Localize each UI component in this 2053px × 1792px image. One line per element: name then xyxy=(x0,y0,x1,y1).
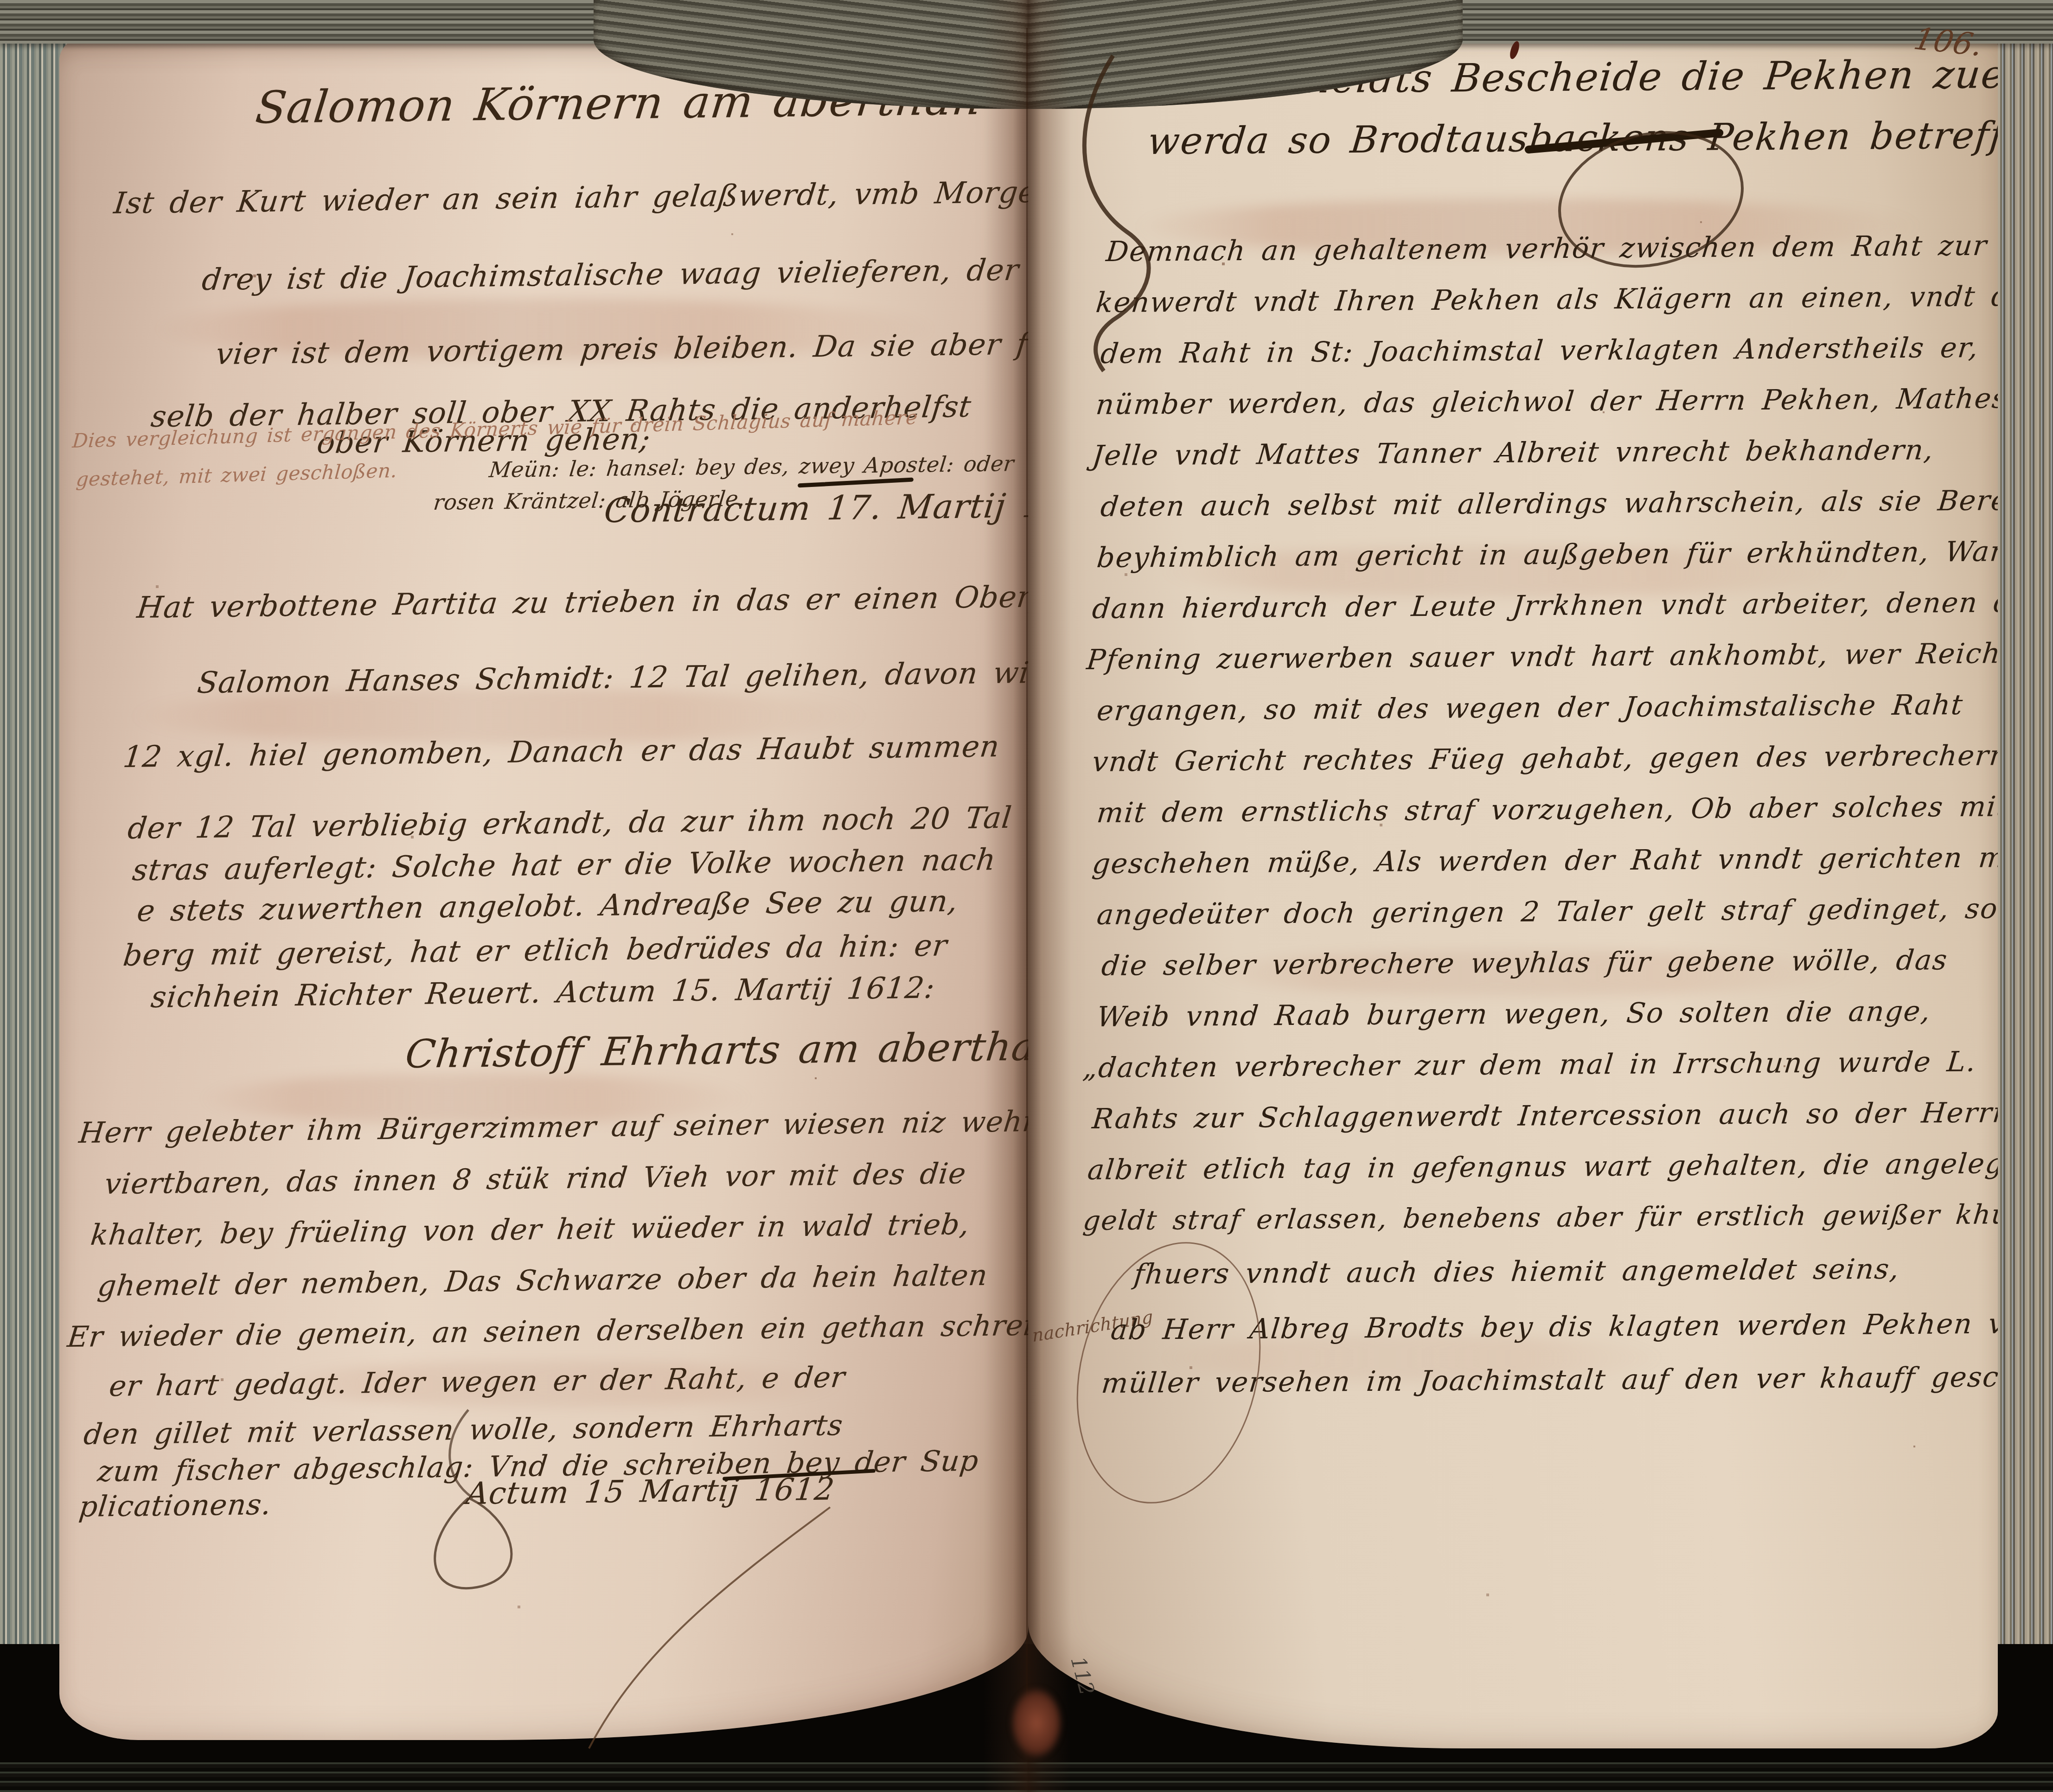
manuscript-line: Demnach an gehaltenem verhör zwischen de… xyxy=(1105,229,1998,268)
manuscript-line: e stets zuwerthen angelobt. Andreaße See… xyxy=(135,884,960,928)
manuscript-line: Hat verbottene Partita zu trieben in das… xyxy=(135,577,1028,625)
margin-note-line: gestehet, mit zwei geschloßen. xyxy=(75,459,398,491)
manuscript-line: den gillet mit verlassen wolle, sondern … xyxy=(82,1408,845,1451)
manuscript-line: geschehen müße, Als werden der Raht vnnd… xyxy=(1091,841,1998,880)
manuscript-line: sichhein Richter Reuert. Actum 15. Marti… xyxy=(149,971,937,1015)
manuscript-line: selb der halber soll ober XX Rahts die a… xyxy=(149,390,973,434)
manuscript-line: 12 xgl. hiel genomben, Danach er das Hau… xyxy=(122,730,1002,774)
margin-note: nachrichtung xyxy=(1032,1306,1154,1346)
book-edge-bottom xyxy=(0,1762,2053,1792)
manuscript-line: Pfening zuerwerben sauer vndt hart ankho… xyxy=(1085,637,1998,676)
ink-dash xyxy=(1524,128,1724,154)
margin-note-dark-line: Meün: le: hansel: bey des, zwey Apostel:… xyxy=(488,451,1016,482)
manuscript-line: plicationens. xyxy=(77,1487,273,1523)
manuscript-line: viertbaren, das innen 8 stük rind Vieh v… xyxy=(103,1156,968,1201)
manuscript-line: Er wieder die gemein, an seinen derselbe… xyxy=(66,1308,1028,1354)
manuscript-line: zum fischer abgeschlag: Vnd die schreibe… xyxy=(96,1444,980,1488)
manuscript-line: dem Raht in St: Joachimstal verklagten A… xyxy=(1099,332,1980,370)
bleed-through-smudge xyxy=(198,1073,755,1124)
bleed-through-smudge xyxy=(129,688,871,744)
manuscript-line: müller versehen im Joachimstalt auf den … xyxy=(1100,1360,1998,1400)
manuscript-line: Rahts zur Schlaggenwerdt Intercession au… xyxy=(1091,1095,1998,1135)
manuscript-line: berg mit gereist, hat er etlich bedrüdes… xyxy=(122,928,949,973)
manuscript-book-scan: Salomon Körnern am aberthan Ist der Kurt… xyxy=(0,0,2053,1792)
manuscript-line: mit dem ernstlichs straf vorzugehen, Ob … xyxy=(1095,790,1998,829)
margin-note-line: Dies vergleichung ist ergangen des Körne… xyxy=(71,406,918,452)
manuscript-line: Salomon Hanses Schmidt: 12 Tal gelihen, … xyxy=(196,654,1028,700)
manuscript-line: „dachten verbrecher zur dem mal in Irrsc… xyxy=(1081,1046,1978,1084)
right-page: Vorbescheidts Bescheide die Pekhen zue S… xyxy=(1028,27,1998,1748)
binding-thread xyxy=(1011,1688,1062,1758)
manuscript-line: geldt straf erlassen, benebens aber für … xyxy=(1081,1197,1998,1236)
margin-note-dark-line: rosen Kräntzel: alb Jögerle. xyxy=(432,486,747,515)
bleed-through-smudge xyxy=(1204,950,1854,996)
manuscript-closing-line: fhuers vnndt auch dies hiemit angemeldet… xyxy=(1132,1253,1901,1291)
manuscript-line: ober Körnern gehen; xyxy=(315,422,652,461)
manuscript-line: vier ist dem vortigem preis bleiben. Da … xyxy=(214,326,1028,371)
manuscript-line: ghemelt der nemben, Das Schwarze ober da… xyxy=(96,1258,990,1303)
manuscript-line: kenwerdt vndt Ihren Pekhen als Klägern a… xyxy=(1094,280,1998,319)
ink-dash xyxy=(798,477,914,487)
manuscript-line: nümber werden, das gleichwol der Herrn P… xyxy=(1094,382,1998,421)
contract-date: Contractum 17. Martij 1612 xyxy=(602,485,1028,530)
manuscript-line: der 12 Tal verbliebig erkandt, da zur ih… xyxy=(126,801,1014,846)
manuscript-line: stras auferlegt: Solche hat er die Volke… xyxy=(131,843,998,888)
ink-dash xyxy=(723,1469,876,1480)
manuscript-line: vndt Gericht rechtes Füeg gehabt, gegen … xyxy=(1091,739,1998,778)
actum-date: Actum 15 Martij 1612 xyxy=(464,1471,836,1511)
bleed-through-smudge xyxy=(1158,1335,1668,1381)
bleed-through-smudge xyxy=(1135,198,1923,254)
bleed-through-smudge xyxy=(152,299,940,359)
manuscript-line: ab Herr Albreg Brodts bey dis klagten we… xyxy=(1109,1307,1998,1347)
manuscript-line: Jelle vndt Mattes Tanner Albreit vnrecht… xyxy=(1091,434,1935,472)
entry-heading-line2: werda so Brodtausbackens Pekhen betreffe… xyxy=(1146,113,1998,163)
manuscript-line: Ist der Kurt wieder an sein iahr gelaßwe… xyxy=(112,174,1028,221)
manuscript-line: beyhimblich am gericht in außgeben für e… xyxy=(1095,535,1998,574)
manuscript-line: drey ist die Joachimstalische waag vieli… xyxy=(200,251,1028,297)
bleed-through-smudge xyxy=(1158,546,1854,597)
bleed-through-smudge xyxy=(268,1361,848,1407)
entry-subheading: Christoff Ehrharts am aberthan; xyxy=(403,1023,1028,1077)
manuscript-line: Weib vnnd Raab burgern wegen, So solten … xyxy=(1095,995,1932,1033)
gutter-line xyxy=(1026,28,1028,1716)
manuscript-line: angedeüter doch geringen 2 Taler gelt st… xyxy=(1095,892,1998,931)
manuscript-line: die selber verbrechere weyhlas für geben… xyxy=(1100,944,1949,982)
manuscript-line: deten auch selbst mit allerdings wahrsch… xyxy=(1099,484,1998,523)
manuscript-line: khalter, bey früeling von der heit wüede… xyxy=(89,1207,972,1252)
manuscript-line: er hart gedagt. Ider wegen er der Raht, … xyxy=(108,1360,847,1403)
manuscript-line: ergangen, so mit des wegen der Joachimst… xyxy=(1095,689,1965,727)
manuscript-line: albreit etlich tag in gefengnus wart geh… xyxy=(1086,1147,1998,1186)
manuscript-line: Herr gelebter ihm Bürgerzimmer auf seine… xyxy=(77,1103,1028,1150)
manuscript-line: dann hierdurch der Leute Jrrkhnen vndt a… xyxy=(1091,586,1998,625)
book-fore-edge-right xyxy=(1998,0,2053,1792)
left-page: Salomon Körnern am aberthan Ist der Kurt… xyxy=(59,39,1028,1740)
